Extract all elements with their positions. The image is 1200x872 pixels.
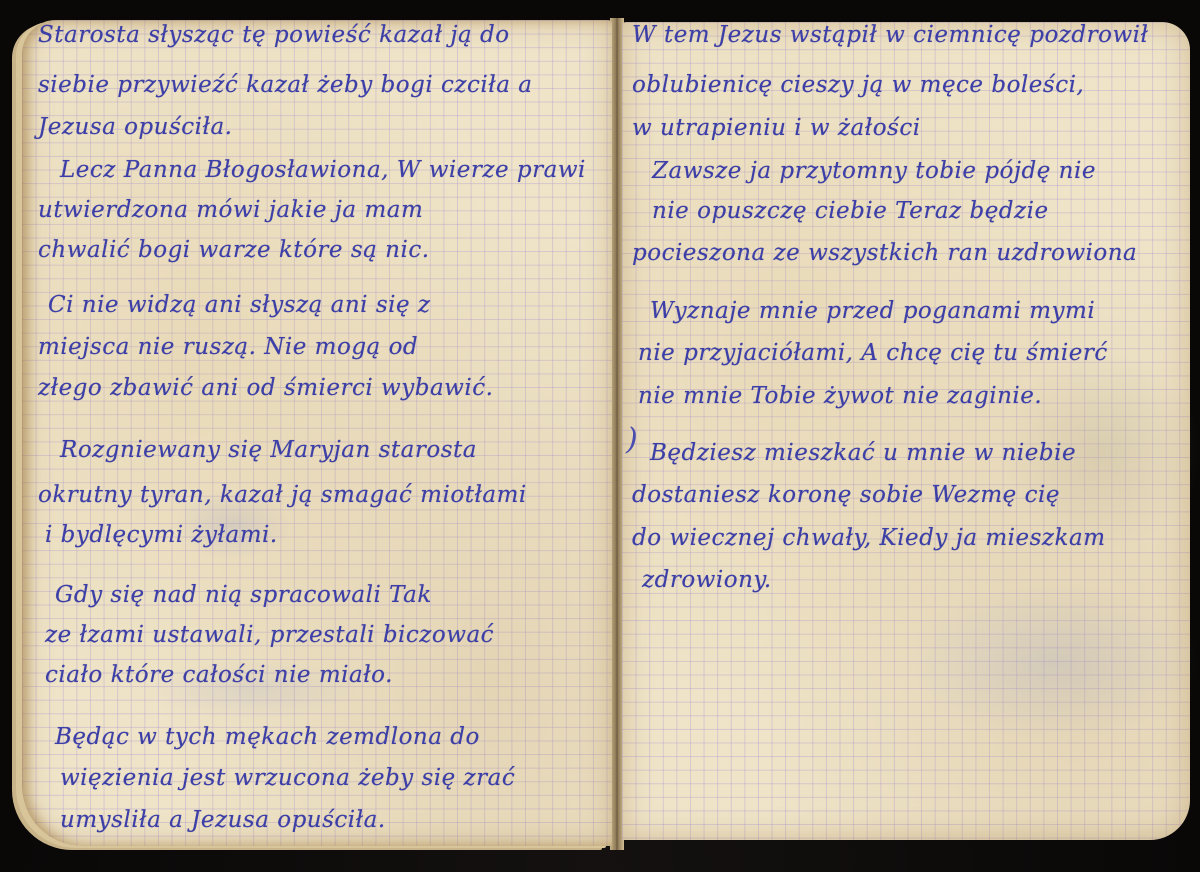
left-page: Starosta słysząc tę powieść kazał ją do … — [22, 20, 612, 846]
handwritten-line: więzienia jest wrzucona żeby się zrać — [60, 765, 515, 791]
water-stain — [902, 582, 1200, 742]
right-page: ) W tem Jezus wstąpił w ciemnicę pozdrow… — [622, 22, 1190, 840]
handwritten-line: Jezusa opuściła. — [38, 114, 233, 140]
handwritten-line: Gdy się nad nią spracowali Tak — [55, 582, 432, 608]
handwritten-line: okrutny tyran, kazał ją smagać miotłami — [38, 482, 527, 508]
handwritten-line: dostaniesz koronę sobie Wezmę cię — [632, 482, 1060, 508]
handwritten-line: zdrowiony. — [642, 567, 772, 593]
handwritten-line: siebie przywieźć kazał żeby bogi czciła … — [38, 72, 532, 98]
handwritten-line: oblubienicę cieszy ją w męce boleści, — [632, 72, 1084, 98]
handwritten-line: Będziesz mieszkać u mnie w niebie — [650, 440, 1076, 466]
handwritten-line: Lecz Panna Błogosławiona, W wierze prawi — [60, 157, 586, 183]
handwritten-line: W tem Jezus wstąpił w ciemnicę pozdrowił — [632, 22, 1148, 48]
handwritten-line: złego zbawić ani od śmierci wybawić. — [38, 375, 493, 401]
notebook-photo: Starosta słysząc tę powieść kazał ją do … — [0, 0, 1200, 872]
margin-bracket: ) — [626, 422, 638, 457]
handwritten-line: Zawsze ja przytomny tobie pójdę nie — [652, 158, 1096, 184]
handwritten-line: nie opuszczę ciebie Teraz będzie — [652, 198, 1049, 224]
handwritten-line: Rozgniewany się Maryjan starosta — [60, 437, 477, 463]
handwritten-line: pocieszona ze wszystkich ran uzdrowiona — [632, 240, 1137, 266]
handwritten-line: nie mnie Tobie żywot nie zaginie. — [638, 383, 1042, 409]
handwritten-line: Będąc w tych mękach zemdlona do — [55, 724, 480, 750]
handwritten-line: Wyznaje mnie przed poganami mymi — [650, 298, 1095, 324]
handwritten-line: i bydlęcymi żyłami. — [45, 522, 278, 548]
handwritten-line: Ci nie widzą ani słyszą ani się z — [48, 292, 431, 318]
handwritten-line: ze łzami ustawali, przestali biczować — [45, 622, 494, 648]
handwritten-line: w utrapieniu i w żałości — [632, 115, 921, 141]
handwritten-line: Starosta słysząc tę powieść kazał ją do — [38, 22, 510, 48]
handwritten-line: umysliła a Jezusa opuściła. — [60, 807, 386, 833]
handwritten-line: chwalić bogi warze które są nic. — [38, 237, 430, 263]
handwritten-line: nie przyjaciółami, A chcę cię tu śmierć — [638, 340, 1108, 366]
handwritten-line: miejsca nie ruszą. Nie mogą od — [38, 334, 418, 360]
handwritten-line: utwierdzona mówi jakie ja mam — [38, 197, 423, 223]
handwritten-line: do wiecznej chwały, Kiedy ja mieszkam — [632, 525, 1106, 551]
handwritten-line: ciało które całości nie miało. — [45, 662, 393, 688]
